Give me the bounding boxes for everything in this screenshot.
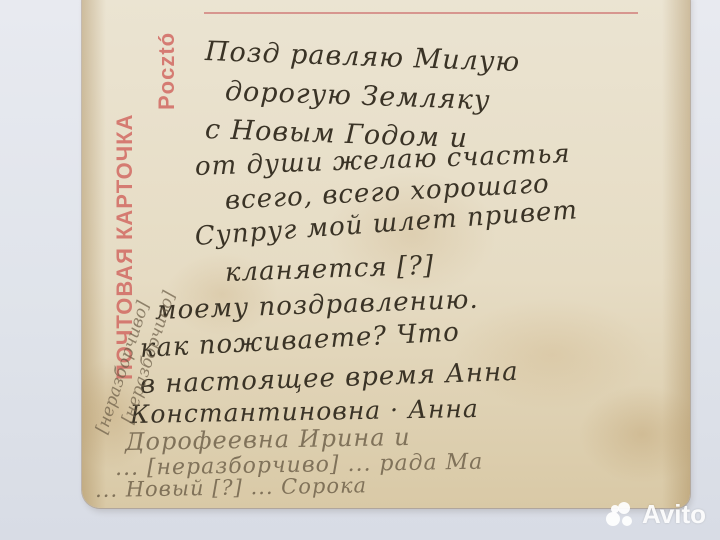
printed-address-line: [204, 12, 638, 14]
handwriting-line-11: Константиновна · Анна: [130, 394, 479, 429]
avito-dots-icon: [606, 502, 636, 528]
printed-header-polish: Pocztó: [154, 32, 180, 110]
avito-watermark-label: Avito: [642, 499, 706, 530]
avito-watermark: Avito: [606, 499, 706, 530]
handwriting-line-14: ... Новый [?] ... Сорока: [95, 473, 367, 502]
